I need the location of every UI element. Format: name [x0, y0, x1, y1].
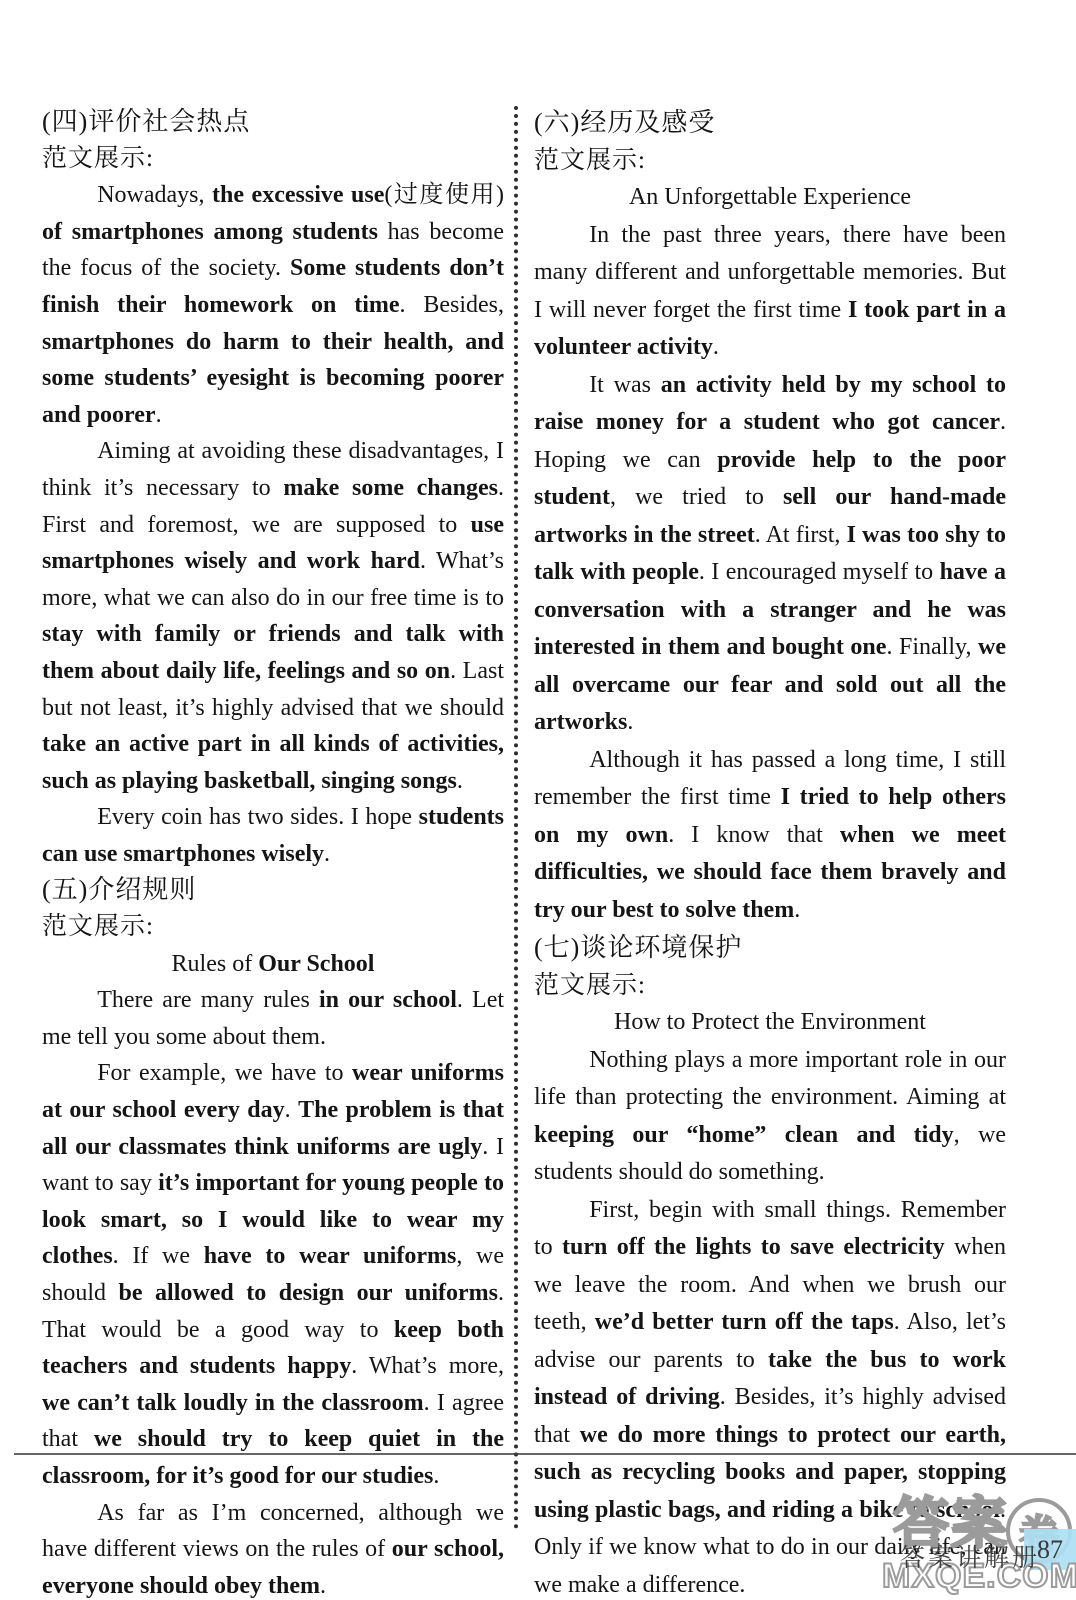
left-column: (四)评价社会热点 范文展示: Nowadays, the excessive …	[42, 104, 504, 1600]
scanned-workbook-page: (四)评价社会热点 范文展示: Nowadays, the excessive …	[0, 0, 1076, 1600]
essay-paragraph: Aiming at avoiding these disadvantages, …	[42, 433, 504, 799]
essay-paragraph: In the past three years, there have been…	[534, 217, 1006, 367]
model-essay-label: 范文展示:	[534, 142, 1006, 180]
essay-paragraph: There are many rules in our school. Let …	[42, 982, 504, 1055]
essay-title: How to Protect the Environment	[534, 1004, 1006, 1042]
booklet-title: 答案讲解册	[900, 1538, 1040, 1574]
essay-paragraph: As far as I’m concerned, although we hav…	[42, 1495, 504, 1600]
essay-paragraph: Nothing plays a more important role in o…	[534, 1042, 1006, 1192]
essay-title: An Unforgettable Experience	[534, 179, 1006, 217]
model-essay-label: 范文展示:	[42, 909, 504, 946]
section-heading-4: (四)评价社会热点	[42, 104, 504, 141]
essay-paragraph: For example, we have to wear uniforms at…	[42, 1055, 504, 1494]
model-essay-label: 范文展示:	[534, 967, 1006, 1005]
essay-paragraph: It was an activity held by my school to …	[534, 367, 1006, 742]
right-column: (六)经历及感受 范文展示: An Unforgettable Experien…	[534, 104, 1006, 1600]
section-heading-7: (七)谈论环境保护	[534, 929, 1006, 967]
essay-paragraph: Although it has passed a long time, I st…	[534, 742, 1006, 930]
model-essay-label: 范文展示:	[42, 141, 504, 178]
essay-paragraph: Every coin has two sides. I hope student…	[42, 799, 504, 872]
column-divider-dotted-line	[514, 106, 518, 1530]
section-heading-6: (六)经历及感受	[534, 104, 1006, 142]
essay-paragraph: Nowadays, the excessive use(过度使用) of sma…	[42, 177, 504, 433]
section-heading-5: (五)介绍规则	[42, 872, 504, 909]
essay-title: Rules of Our School	[42, 946, 504, 983]
